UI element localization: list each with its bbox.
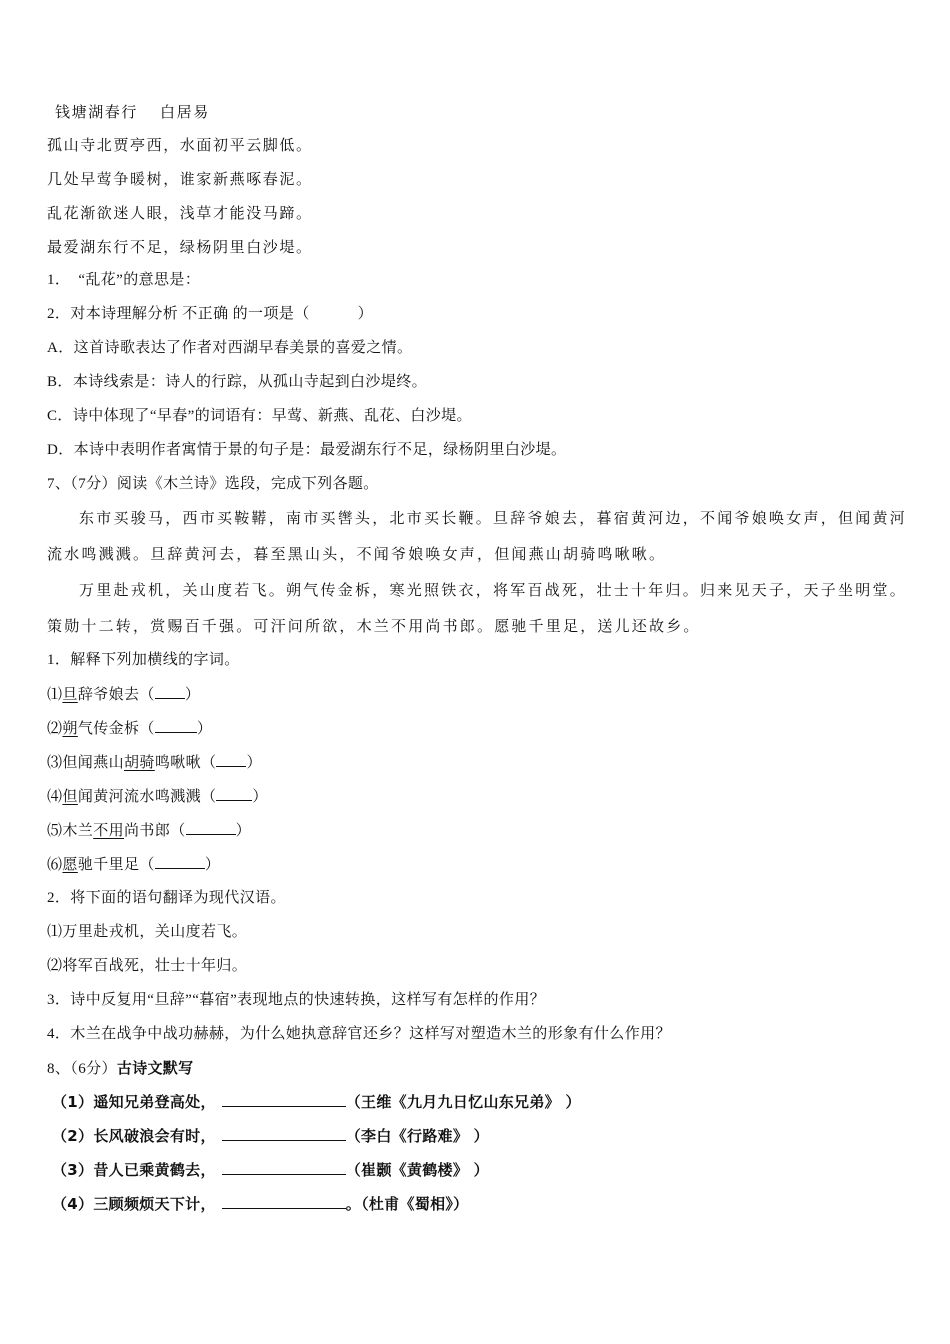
answer-blank[interactable]	[186, 820, 236, 835]
item-number: ⑶	[47, 755, 62, 771]
poem-line: 昔人已乘黄鹤去，	[93, 1161, 215, 1179]
sub-question-1-title: 1．解释下列加横线的字词。	[47, 650, 240, 670]
question-2: 2．对本诗理解分析 不正确 的一项是（）	[47, 304, 373, 324]
poem-title: 钱塘湖春行	[55, 103, 138, 121]
question-text: 的一项是（	[233, 306, 310, 322]
answer-blank[interactable]	[222, 1092, 346, 1107]
passage-paragraph-2: 万里赴戎机，关山度若飞。朔气传金柝，寒光照铁衣，将军百战死，壮士十年归。归来见天…	[47, 572, 907, 644]
suffix: 。	[346, 1195, 361, 1213]
question-score: 8、（6分）	[47, 1061, 117, 1077]
option-c: C．诗中体现了“早春”的词语有：早莺、新燕、乱花、白沙堤。	[47, 406, 472, 426]
item-number: ⑵	[47, 958, 62, 974]
paren-close: ）	[205, 857, 220, 873]
paren-close: ）	[252, 789, 267, 805]
answer-blank[interactable]	[155, 854, 205, 869]
sub-question-3: 3．诗中反复用“旦辞”“暮宿”表现地点的快速转换，这样写有怎样的作用？	[47, 990, 545, 1010]
recite-item-4: （4）三顾频烦天下计，。（杜甫《蜀相》）	[52, 1194, 468, 1214]
sub-question-4: 4．木兰在战争中战功赫赫，为什么她执意辞官还乡？这样写对塑造木兰的形象有什么作用…	[47, 1024, 671, 1044]
option-label: B．	[47, 374, 73, 390]
item-text: 木兰	[62, 823, 93, 839]
underlined-word: 但	[62, 789, 77, 805]
underlined-word: 旦	[62, 687, 77, 703]
item-text: 闻黄河流水鸣溅溅（	[78, 789, 217, 805]
document-page: 钱塘湖春行白居易 孤山寺北贾亭西，水面初平云脚低。 几处早莺争暖树，谁家新燕啄春…	[0, 0, 950, 1344]
vocab-item-1: ⑴旦辞爷娘去（）	[47, 684, 200, 705]
item-number: （3）	[52, 1161, 93, 1179]
item-number: ⑴	[47, 924, 62, 940]
question-number: 2．	[47, 306, 70, 322]
vocab-item-6: ⑹愿驰千里足（）	[47, 854, 220, 875]
paren-close: ）	[185, 687, 200, 703]
item-number: ⑵	[47, 721, 62, 737]
poem-author: 白居易	[160, 103, 210, 121]
question-number: 1．	[47, 272, 70, 288]
poem-heading: 钱塘湖春行白居易	[55, 102, 210, 122]
sub-question-2-title: 2．将下面的语句翻译为现代汉语。	[47, 888, 286, 908]
item-number: ⑴	[47, 687, 62, 703]
option-b: B．本诗线索是：诗人的行踪，从孤山寺起到白沙堤终。	[47, 372, 427, 392]
underlined-word: 不用	[93, 823, 124, 839]
option-label: D．	[47, 442, 74, 458]
underlined-word: 愿	[62, 857, 77, 873]
poem-line: 遥知兄弟登高处，	[93, 1093, 215, 1111]
item-text: 万里赴戎机，关山度若飞。	[62, 924, 247, 940]
translate-item-1: ⑴万里赴戎机，关山度若飞。	[47, 922, 247, 942]
option-text: 这首诗歌表达了作者对西湖早春美景的喜爱之情。	[74, 340, 413, 356]
recite-item-2: （2）长风破浪会有时，（李白《行路难》 ）	[52, 1126, 489, 1146]
recite-item-3: （3）昔人已乘黄鹤去，（崔颢《黄鹤楼》 ）	[52, 1160, 489, 1180]
answer-blank[interactable]	[155, 684, 185, 699]
translate-item-2: ⑵将军百战死，壮士十年归。	[47, 956, 247, 976]
poem-line: 三顾频烦天下计，	[93, 1195, 215, 1213]
question-1: 1．“乱花”的意思是：	[47, 270, 200, 290]
vocab-item-4: ⑷但闻黄河流水鸣溅溅（）	[47, 786, 268, 807]
question-emphasis: 不正确	[182, 306, 228, 322]
item-number: ⑸	[47, 823, 62, 839]
answer-blank[interactable]	[216, 752, 246, 767]
recite-item-1: （1）遥知兄弟登高处，（王维《九月九日忆山东兄弟》 ）	[52, 1092, 581, 1112]
option-label: A．	[47, 340, 74, 356]
item-text: 驰千里足（	[78, 857, 155, 873]
poem-line: 长风破浪会有时，	[93, 1127, 215, 1145]
poem-source: （李白《行路难》 ）	[346, 1127, 489, 1145]
item-number: （2）	[52, 1127, 93, 1145]
vocab-item-5: ⑸木兰不用尚书郎（）	[47, 820, 251, 841]
question-text: 对本诗理解分析	[70, 306, 178, 322]
paren-close: ）	[246, 755, 261, 771]
question-title: 古诗文默写	[117, 1059, 194, 1077]
paren-close: ）	[236, 823, 251, 839]
answer-blank[interactable]	[222, 1194, 346, 1209]
item-number: （1）	[52, 1093, 93, 1111]
passage-paragraph-1: 东市买骏马，西市买鞍鞯，南市买辔头，北市买长鞭。旦辞爷娘去，暮宿黄河边，不闻爷娘…	[47, 500, 907, 572]
item-text: 但闻燕山	[62, 755, 124, 771]
item-text: 鸣啾啾（	[155, 755, 217, 771]
answer-blank[interactable]	[155, 718, 197, 733]
vocab-item-3: ⑶但闻燕山胡骑鸣啾啾（）	[47, 752, 262, 773]
paren-close: ）	[197, 721, 212, 737]
item-text: 尚书郎（	[124, 823, 186, 839]
option-text: 本诗线索是：诗人的行踪，从孤山寺起到白沙堤终。	[73, 374, 427, 390]
poem-source: （杜甫《蜀相》）	[361, 1195, 468, 1213]
paren-close: ）	[358, 306, 373, 322]
answer-blank[interactable]	[216, 786, 252, 801]
poem-line: 乱花渐欲迷人眼，浅草才能没马蹄。	[47, 203, 313, 223]
answer-blank[interactable]	[222, 1160, 346, 1175]
underlined-word: 胡骑	[124, 755, 155, 771]
item-text: 将军百战死，壮士十年归。	[62, 958, 247, 974]
poem-line: 最爱湖东行不足，绿杨阴里白沙堤。	[47, 237, 313, 257]
item-text: 气传金柝（	[78, 721, 155, 737]
item-number: ⑷	[47, 789, 62, 805]
question-7-header: 7、（7分）阅读《木兰诗》选段，完成下列各题。	[47, 474, 379, 494]
option-label: C．	[47, 408, 73, 424]
underlined-word: 朔	[62, 721, 77, 737]
question-text: “乱花”的意思是：	[78, 272, 200, 288]
option-d: D．本诗中表明作者寓情于景的句子是：最爱湖东行不足，绿杨阴里白沙堤。	[47, 440, 566, 460]
poem-source: （崔颢《黄鹤楼》 ）	[346, 1161, 489, 1179]
item-number: ⑹	[47, 857, 62, 873]
option-text: 诗中体现了“早春”的词语有：早莺、新燕、乱花、白沙堤。	[73, 408, 472, 424]
poem-line: 几处早莺争暖树，谁家新燕啄春泥。	[47, 169, 313, 189]
item-text: 辞爷娘去（	[78, 687, 155, 703]
question-8-header: 8、（6分）古诗文默写	[47, 1058, 193, 1079]
item-number: （4）	[52, 1195, 93, 1213]
poem-source: （王维《九月九日忆山东兄弟》 ）	[346, 1093, 581, 1111]
option-text: 本诗中表明作者寓情于景的句子是：最爱湖东行不足，绿杨阴里白沙堤。	[74, 442, 567, 458]
vocab-item-2: ⑵朔气传金柝（）	[47, 718, 212, 739]
answer-blank[interactable]	[222, 1126, 346, 1141]
poem-line: 孤山寺北贾亭西，水面初平云脚低。	[47, 135, 313, 155]
option-a: A．这首诗歌表达了作者对西湖早春美景的喜爱之情。	[47, 338, 412, 358]
